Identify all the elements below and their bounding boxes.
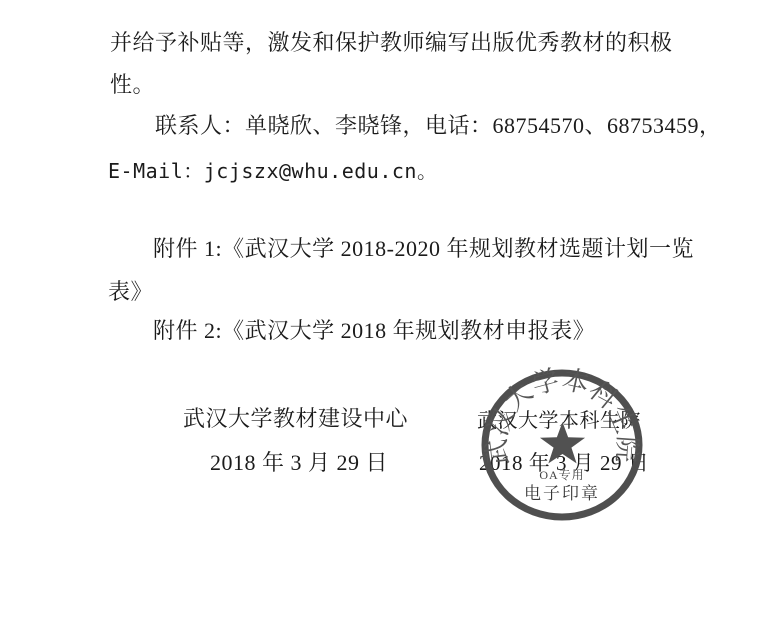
attachment2-line: 附件 2:《武汉大学 2018 年规划教材申报表》 (153, 318, 595, 344)
electronic-seal: 武汉大学本科生院 OA专用 电子印章 (478, 366, 646, 524)
signature-right-date: 2018 年 3 月 29 日 (479, 447, 649, 477)
contact-line: 联系人：单晓欣、李晓锋，电话：68754570、68753459， (155, 113, 722, 139)
attachment1-line-1: 附件 1:《武汉大学 2018-2020 年规划教材选题计划一览 (153, 236, 694, 262)
seal-ring (485, 373, 639, 517)
paragraph-continuation-line-1: 并给予补贴等，激发和保护教师编写出版优秀教材的积极 (110, 30, 673, 56)
attachment1-line-2: 表》 (108, 279, 153, 305)
seal-sub-line-2: 电子印章 (478, 479, 646, 504)
email-line: E-Mail：jcjszx@whu.edu.cn。 (108, 158, 437, 184)
document-page: 并给予补贴等，激发和保护教师编写出版优秀教材的积极 性。 联系人：单晓欣、李晓锋… (0, 0, 771, 632)
paragraph-continuation-line-2: 性。 (110, 72, 155, 98)
seal-ring-and-arc-text: 武汉大学本科生院 (478, 366, 646, 524)
signature-left-date: 2018 年 3 月 29 日 (210, 446, 388, 477)
signature-right-org: 武汉大学本科生院 (477, 404, 641, 433)
signature-left-org: 武汉大学教材建设中心 (183, 402, 408, 433)
